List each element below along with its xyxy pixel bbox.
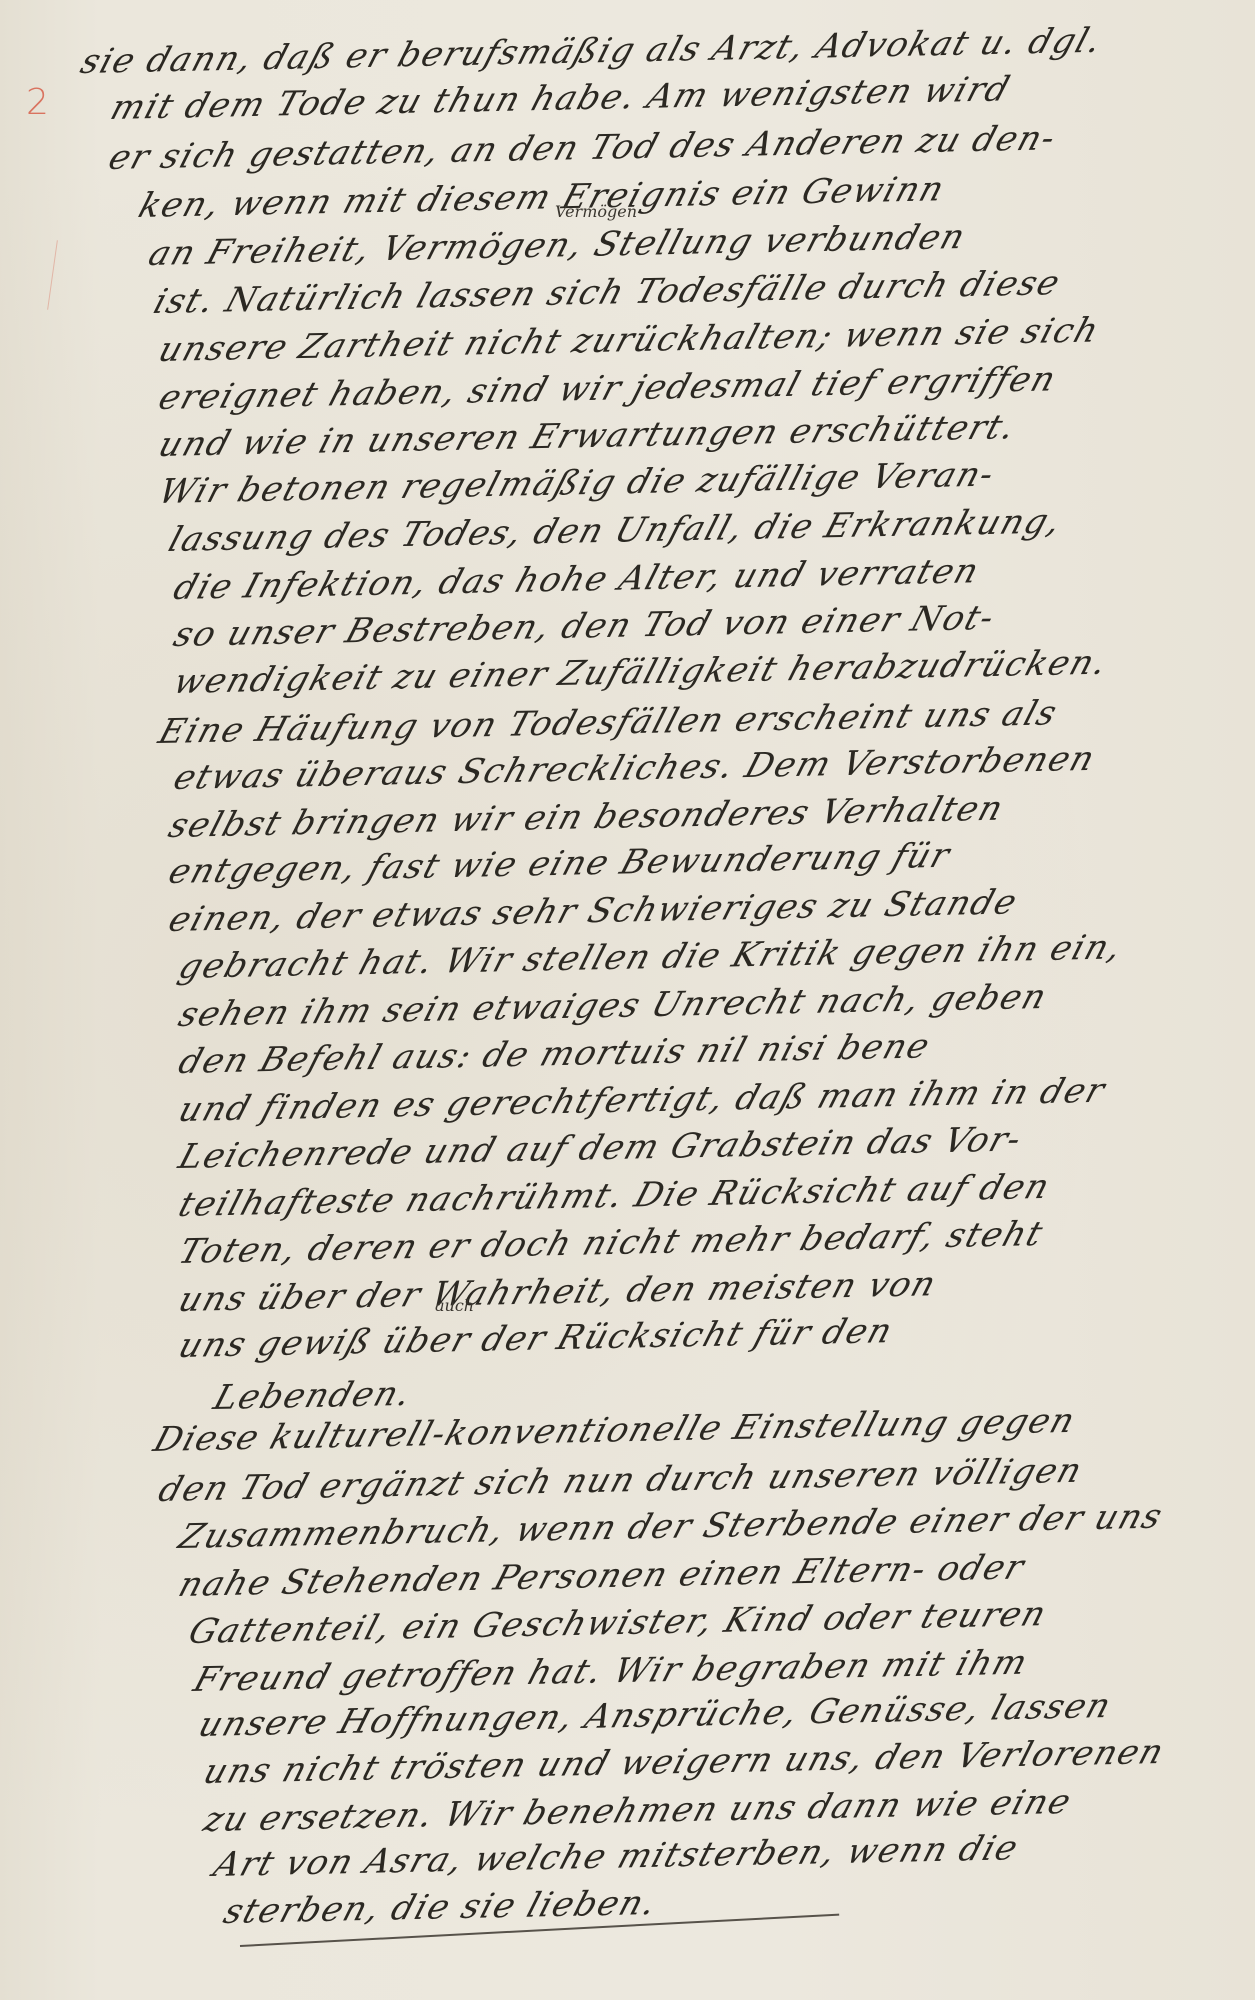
manuscript-line: entgegen, fast wie eine Bewunderung für xyxy=(164,836,955,892)
manuscript-line: Wir betonen regelmäßig die zufällige Ver… xyxy=(154,455,1000,512)
manuscript-line: Toten, deren er doch nicht mehr bedarf, … xyxy=(174,1214,1049,1272)
page-number: 2 xyxy=(26,82,49,123)
insertion-above: auch xyxy=(435,1296,474,1315)
manuscript-line: Gattenteil, ein Geschwister, Kind oder t… xyxy=(184,1594,1052,1652)
manuscript-line: Leichenrede und auf dem Grabstein das Vo… xyxy=(174,1120,1027,1177)
manuscript-line: so unser Bestreben, den Tod von einer No… xyxy=(169,598,1000,655)
manuscript-line: den Befehl aus: de mortuis nil nisi bene xyxy=(174,1026,936,1082)
manuscript-line: uns gewiß über der Rücksicht für den xyxy=(174,1311,898,1366)
manuscript-line: lassung des Todes, den Unfall, die Erkra… xyxy=(164,501,1067,560)
manuscript-line: ken, wenn mit diesem Ereignis ein Gewinn xyxy=(134,169,950,226)
manuscript-line: Lebenden. xyxy=(209,1374,417,1418)
manuscript-page: 2 sie dann, daß er berufsmäßig als Arzt,… xyxy=(0,0,1255,2000)
manuscript-line: die Infektion, das hohe Alter, und verra… xyxy=(169,551,985,608)
insertion-above: Vermögen xyxy=(555,202,637,221)
manuscript-line: an Freiheit, Vermögen, Stellung verbunde… xyxy=(144,217,971,274)
manuscript-line: uns über der Wahrheit, den meisten von xyxy=(174,1264,942,1320)
manuscript-line: sterben, die sie lieben. xyxy=(219,1883,662,1932)
margin-mark xyxy=(47,240,58,309)
